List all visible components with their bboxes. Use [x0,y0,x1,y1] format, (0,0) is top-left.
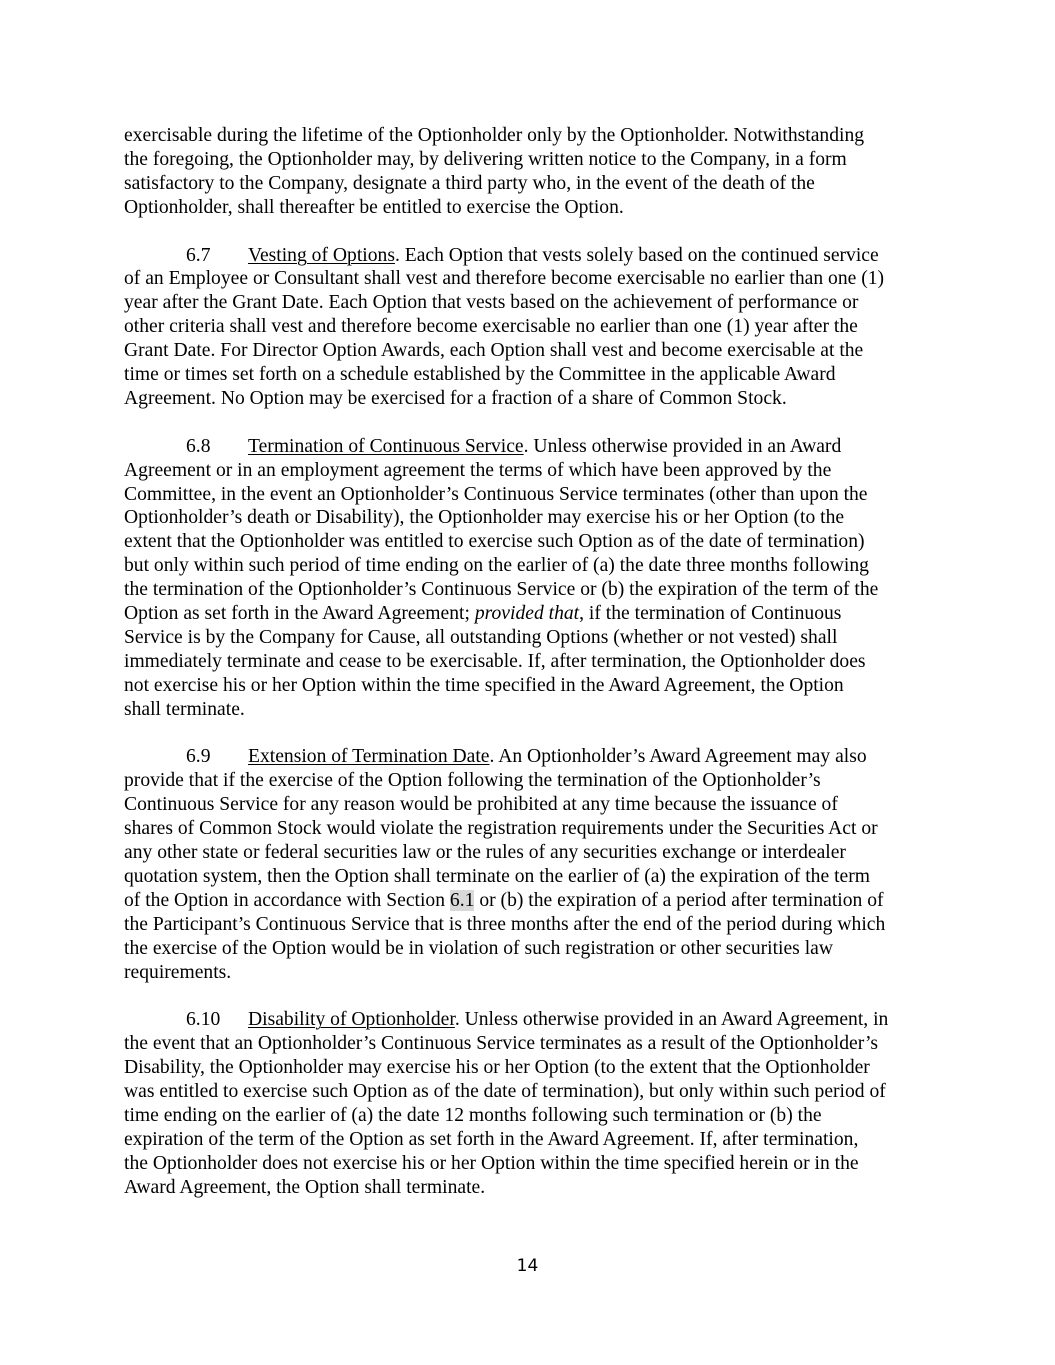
text-fragment: , if the termination of Continuous [579,603,841,624]
text-fragment: of the Option in accordance with Section [124,890,450,911]
section-6-7: 6.7Vesting of Options. Each Option that … [124,244,944,411]
text-line: provide that if the exercise of the Opti… [124,769,944,793]
section-first-line: 6.9Extension of Termination Date. An Opt… [124,745,944,769]
text-line: of an Employee or Consultant shall vest … [124,267,944,291]
text-line: expiration of the term of the Option as … [124,1128,944,1152]
text-line: extent that the Optionholder was entitle… [124,530,944,554]
text-line: the termination of the Optionholder’s Co… [124,578,944,602]
text-line: not exercise his or her Option within th… [124,674,944,698]
text-line: Committee, in the event an Optionholder’… [124,483,944,507]
text-line: immediately terminate and cease to be ex… [124,650,944,674]
text-line: Optionholder’s death or Disability), the… [124,506,944,530]
text-line: satisfactory to the Company, designate a… [124,172,944,196]
document-page: exercisable during the lifetime of the O… [124,124,944,1224]
text-line: quotation system, then the Option shall … [124,865,944,889]
section-number: 6.7 [186,244,248,268]
text-line: the Optionholder does not exercise his o… [124,1152,944,1176]
text-line: of the Option in accordance with Section… [124,889,944,913]
section-text: . Unless otherwise provided in an Award [524,436,842,457]
text-line: exercisable during the lifetime of the O… [124,124,944,148]
text-line: Award Agreement, the Option shall termin… [124,1176,944,1200]
text-line: the foregoing, the Optionholder may, by … [124,148,944,172]
text-fragment: Option as set forth in the Award Agreeme… [124,603,475,624]
section-cross-reference-link[interactable]: 6.1 [450,890,475,911]
section-first-line: 6.8Termination of Continuous Service. Un… [124,435,944,459]
section-text: . Each Option that vests solely based on… [395,245,879,266]
page-number: 14 [0,1256,1055,1276]
text-line: Option as set forth in the Award Agreeme… [124,602,944,626]
text-line: Optionholder, shall thereafter be entitl… [124,196,944,220]
italic-term: provided that [475,603,579,624]
text-line: was entitled to exercise such Option as … [124,1080,944,1104]
text-line: year after the Grant Date. Each Option t… [124,291,944,315]
section-text: . Unless otherwise provided in an Award … [455,1009,889,1030]
section-number: 6.8 [186,435,248,459]
text-line: any other state or federal securities la… [124,841,944,865]
text-line: shall terminate. [124,698,944,722]
section-heading: Extension of Termination Date [248,746,490,767]
section-number: 6.10 [186,1008,248,1032]
text-line: shares of Common Stock would violate the… [124,817,944,841]
section-first-line: 6.10Disability of Optionholder. Unless o… [124,1008,944,1032]
section-heading: Termination of Continuous Service [248,436,524,457]
text-fragment: or (b) the expiration of a period after … [474,890,883,911]
text-line: time ending on the earlier of (a) the da… [124,1104,944,1128]
text-line: time or times set forth on a schedule es… [124,363,944,387]
text-line: other criteria shall vest and therefore … [124,315,944,339]
section-first-line: 6.7Vesting of Options. Each Option that … [124,244,944,268]
text-line: Continuous Service for any reason would … [124,793,944,817]
text-line: the Participant’s Continuous Service tha… [124,913,944,937]
text-line: requirements. [124,961,944,985]
text-line: the event that an Optionholder’s Continu… [124,1032,944,1056]
section-heading: Disability of Optionholder [248,1009,455,1030]
text-line: Agreement or in an employment agreement … [124,459,944,483]
text-line: Grant Date. For Director Option Awards, … [124,339,944,363]
text-line: Agreement. No Option may be exercised fo… [124,387,944,411]
text-line: Disability, the Optionholder may exercis… [124,1056,944,1080]
section-6-10: 6.10Disability of Optionholder. Unless o… [124,1008,944,1199]
section-6-9: 6.9Extension of Termination Date. An Opt… [124,745,944,984]
intro-paragraph: exercisable during the lifetime of the O… [124,124,944,220]
text-line: the exercise of the Option would be in v… [124,937,944,961]
section-number: 6.9 [186,745,248,769]
text-line: but only within such period of time endi… [124,554,944,578]
section-heading: Vesting of Options [248,245,395,266]
section-text: . An Optionholder’s Award Agreement may … [490,746,867,767]
section-6-8: 6.8Termination of Continuous Service. Un… [124,435,944,722]
text-line: Service is by the Company for Cause, all… [124,626,944,650]
